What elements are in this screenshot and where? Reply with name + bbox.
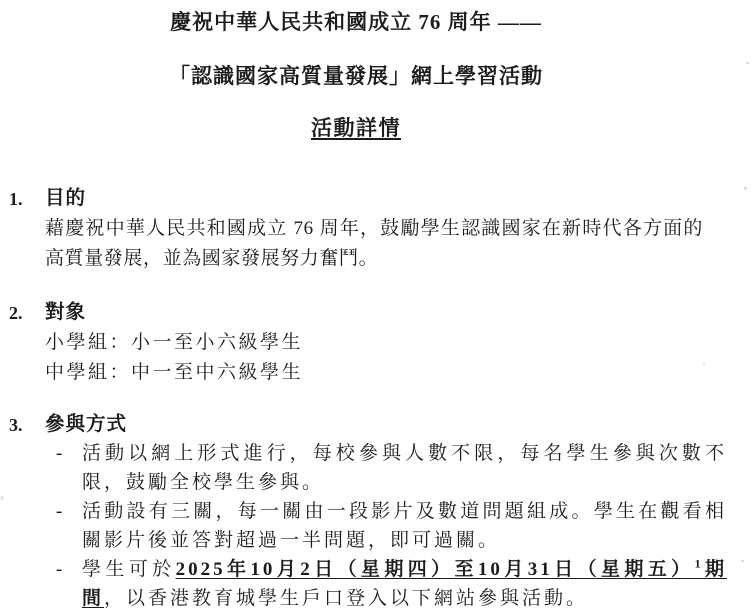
title-line-2: 「認識國家高質量發展」網上學習活動: [0, 63, 712, 90]
secondary-group-line: 中學組：中一至中六級學生: [45, 358, 752, 388]
section-paragraph: 藉慶祝中華人民共和國成立 76 周年，鼓勵學生認識國家在新時代各方面的高質量發展…: [45, 214, 703, 274]
scan-artifact: [744, 187, 747, 190]
bullet-text: 活動設有三關，每一關由一段影片及數道問題組成。學生在觀看相關影片後並答對超過一半…: [82, 497, 727, 555]
bullet-dash: -: [56, 555, 62, 584]
bullet-item-online-format: - 活動以網上形式進行，每校參與人數不限，每名學生參與次數不限，鼓勵全校學生參與…: [45, 439, 727, 497]
footnote-marker: 1: [695, 557, 704, 571]
scanned-document-page: 慶祝中華人民共和國成立 76 周年 —— 「認識國家高質量發展」網上學習活動 活…: [0, 0, 752, 614]
scan-artifact: [1, 496, 3, 500]
title-line-1: 慶祝中華人民共和國成立 76 周年 ——: [0, 9, 712, 36]
scan-artifact: [741, 560, 744, 562]
title-underlined-text: 活動詳情: [311, 116, 401, 140]
bullet-item-activity-period: - 學生可於2025年10月2日（星期四）至10月31日（星期五）1期間，以香港…: [45, 555, 727, 613]
section-heading: 參與方式: [45, 410, 752, 439]
bullet-suffix: ，以香港教育城學生戶口登入以下網站參與活動。: [104, 588, 588, 609]
section-number: 3.: [9, 410, 23, 440]
bullet-dash: -: [56, 497, 62, 526]
scan-artifact: [746, 62, 749, 64]
document-title-block: 慶祝中華人民共和國成立 76 周年 —— 「認識國家高質量發展」網上學習活動 活…: [0, 9, 712, 142]
primary-group-line: 小學組：小一至小六級學生: [45, 328, 752, 358]
section-number: 2.: [9, 298, 23, 328]
activity-period-dates: 2025年10月2日（星期四）至10月31日（星期五）: [176, 559, 695, 580]
scan-artifact: [703, 363, 705, 365]
bullet-prefix: 學生可於: [82, 559, 176, 580]
title-line-3: 活動詳情: [0, 115, 712, 142]
bullet-text: 活動以網上形式進行，每校參與人數不限，每名學生參與次數不限，鼓勵全校學生參與。: [82, 439, 727, 497]
section-heading: 對象: [45, 298, 752, 328]
section-participation: 3. 參與方式 - 活動以網上形式進行，每校參與人數不限，每名學生參與次數不限，…: [0, 410, 752, 613]
section-number: 1.: [9, 184, 23, 214]
section-heading: 目的: [45, 184, 752, 214]
section-purpose: 1. 目的 藉慶祝中華人民共和國成立 76 周年，鼓勵學生認識國家在新時代各方面…: [0, 184, 752, 274]
bullet-item-three-stages: - 活動設有三關，每一關由一段影片及數道問題組成。學生在觀看相關影片後並答對超過…: [45, 497, 727, 555]
section-target-groups: 2. 對象 小學組：小一至小六級學生 中學組：中一至中六級學生: [0, 298, 752, 388]
bullet-list: - 活動以網上形式進行，每校參與人數不限，每名學生參與次數不限，鼓勵全校學生參與…: [45, 439, 752, 613]
bullet-dash: -: [56, 439, 62, 468]
bullet-text: 學生可於2025年10月2日（星期四）至10月31日（星期五）1期間，以香港教育…: [82, 555, 727, 613]
